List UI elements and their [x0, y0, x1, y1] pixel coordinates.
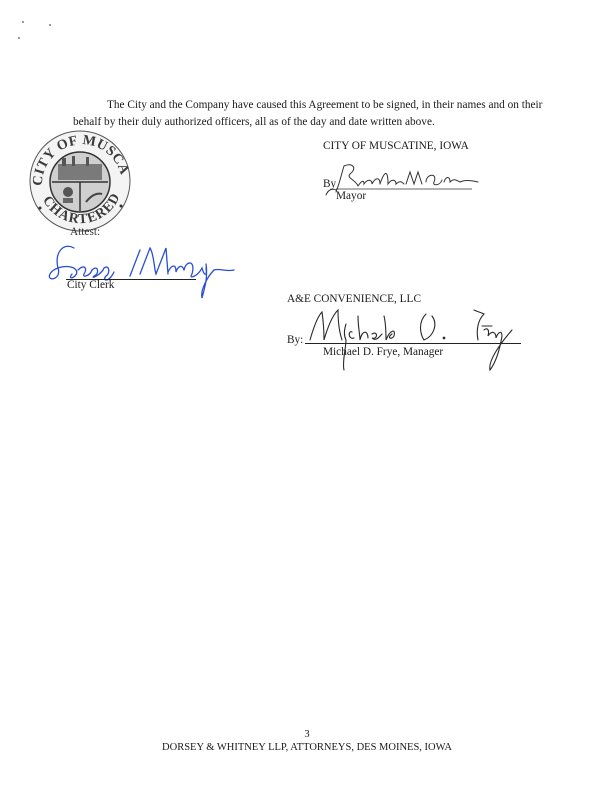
- mayor-title: Mayor: [336, 190, 366, 203]
- company-signer-name-title: Michael D. Frye, Manager: [323, 346, 443, 359]
- city-clerk-signature: [36, 234, 236, 302]
- company-signature: [306, 306, 516, 380]
- closing-paragraph-text: The City and the Company have caused thi…: [73, 99, 542, 128]
- city-clerk-title: City Clerk: [67, 279, 114, 292]
- page-number: 3: [0, 729, 614, 740]
- city-entity-name: CITY OF MUSCATINE, IOWA: [323, 140, 469, 153]
- scan-artifact: [22, 21, 24, 23]
- scan-artifact: [18, 37, 20, 39]
- company-by-label: By:: [287, 334, 303, 347]
- company-entity-name: A&E CONVENIENCE, LLC: [287, 293, 421, 306]
- footer-firm-line: DORSEY & WHITNEY LLP, ATTORNEYS, DES MOI…: [0, 742, 614, 753]
- city-seal-icon: CITY OF MUSCATINE, IOWA CHARTERED 1851: [28, 126, 133, 234]
- scan-artifact: [49, 24, 51, 26]
- closing-paragraph: The City and the Company have caused thi…: [73, 97, 553, 131]
